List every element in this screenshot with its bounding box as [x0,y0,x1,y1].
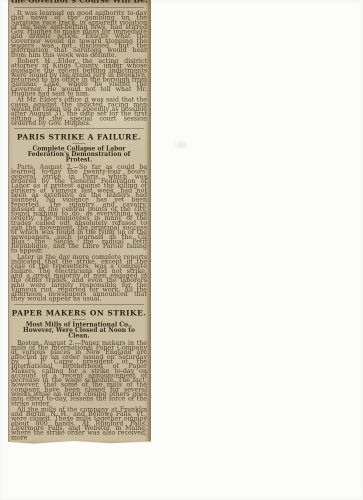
paper-smudge [170,138,192,152]
article-headline: PARIS STRIKE A FAILURE. [11,133,147,142]
article-paragraph: Robert H. Elder, the acting district att… [11,58,147,95]
headline-ornament-rule [73,319,86,320]
headline-ornament-rule [73,144,86,145]
headline-rule [14,7,144,8]
newspaper-clipping: the Governor's Course Will Be. It was le… [8,0,151,445]
article-paragraph: All the mills of the company at Franklin… [11,407,147,440]
article-paragraph: Boston, August 2.—Paper makers in the mi… [11,340,147,405]
article-paragraph: It was learned on good authority to-day … [11,11,147,57]
section-divider [14,128,144,129]
article-paris-strike: PARIS STRIKE A FAILURE. Complete Collaps… [11,133,147,301]
clipping-text-column: the Governor's Course Will Be. It was le… [9,0,148,439]
article-subhead: Most Mills of International Co., However… [15,322,143,339]
section-divider [14,304,144,305]
article-governor: It was learned on good authority to-day … [11,11,147,126]
article-paragraph: Later in the day more complete reports i… [11,254,147,300]
article-paragraph: At Mr. Elder's office it was said that t… [11,97,147,125]
top-headline-fragment: the Governor's Course Will Be. [11,0,147,4]
article-paragraph: Paris, August 2.—So far as could be lear… [11,165,147,253]
article-headline: PAPER MAKERS ON STRIKE. [11,308,147,317]
scan-page: the Governor's Course Will Be. It was le… [0,0,363,500]
cropped-headline-area: the Governor's Course Will Be. [11,0,147,4]
article-subhead: Complete Collapse of Labor Federation's … [15,146,143,163]
article-paper-makers: PAPER MAKERS ON STRIKE. Most Mills of In… [11,308,147,439]
